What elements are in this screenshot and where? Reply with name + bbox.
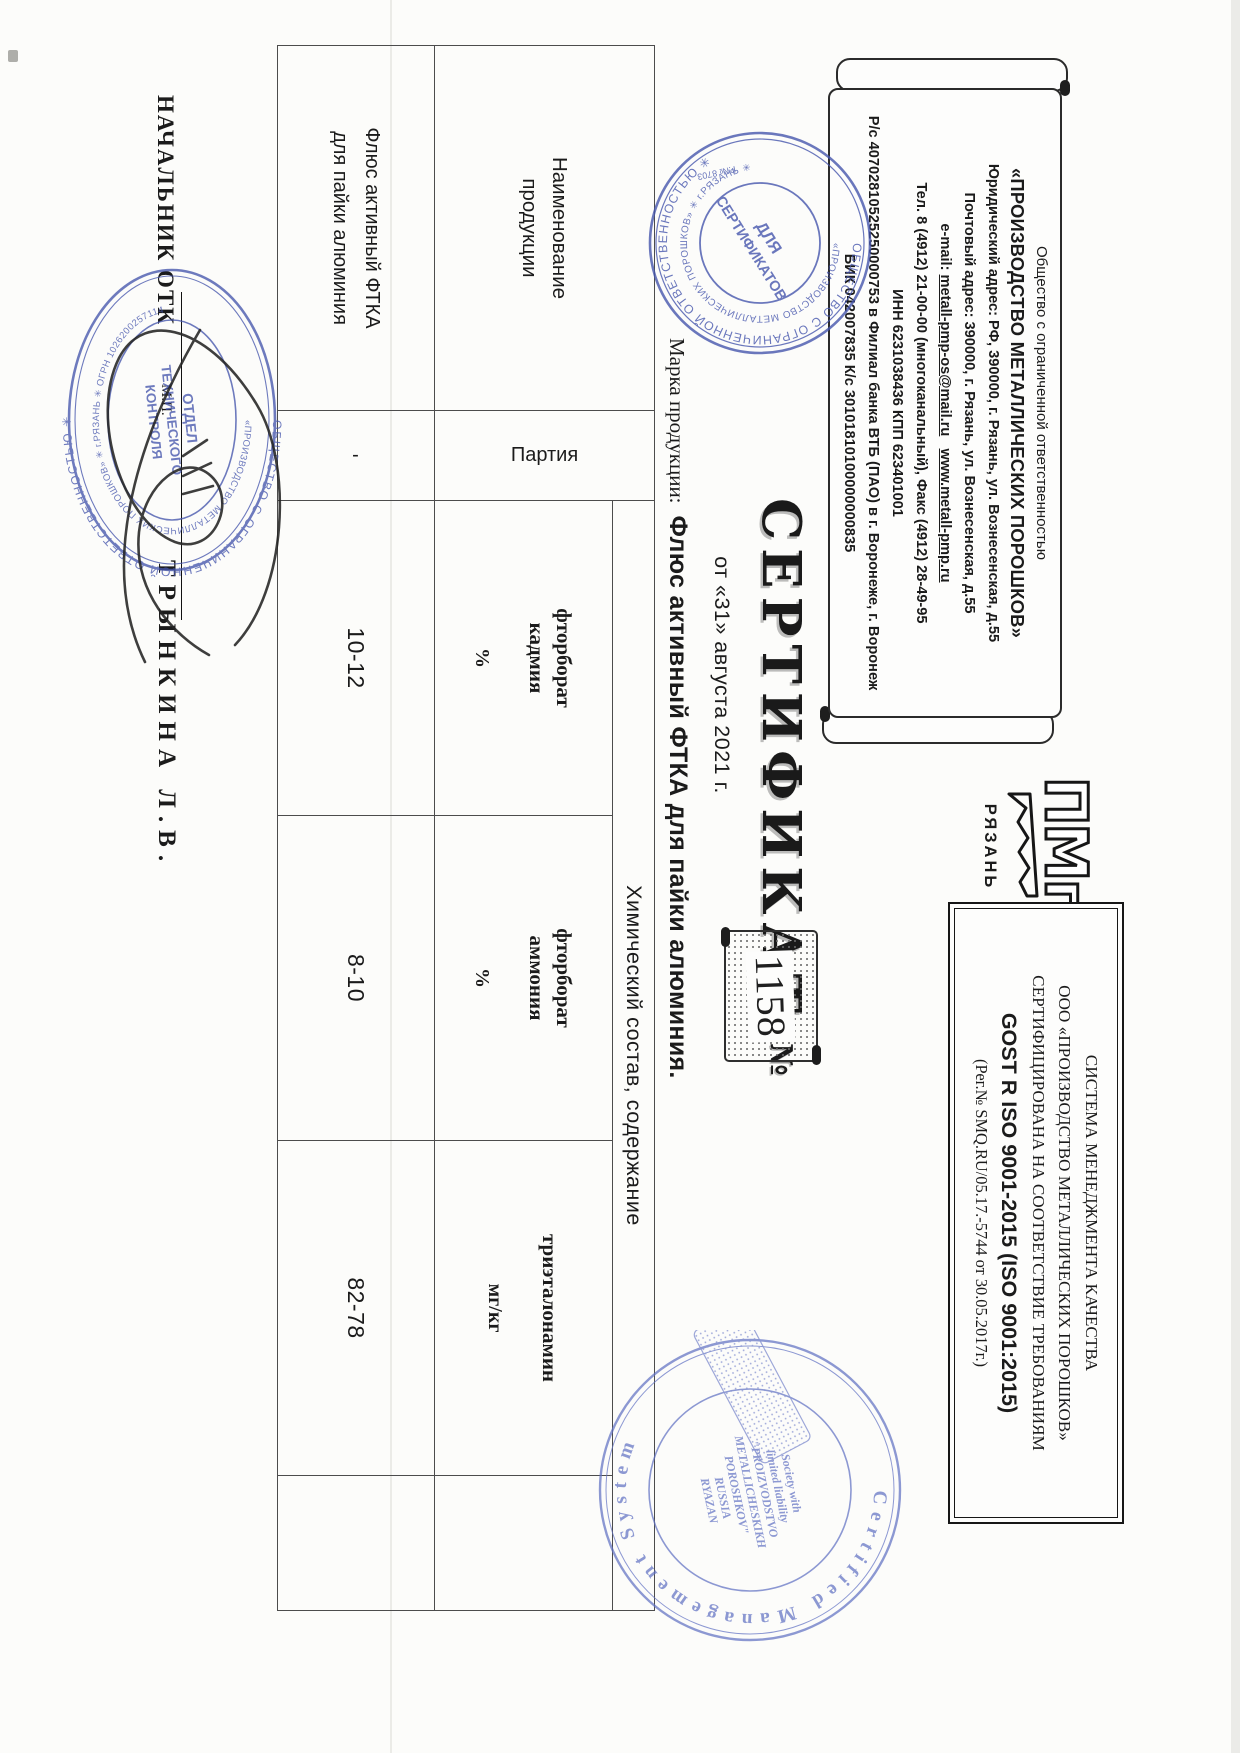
col-header-empty bbox=[435, 1476, 613, 1611]
pmp-flag-icon bbox=[1006, 788, 1040, 906]
cell-empty bbox=[278, 1476, 435, 1611]
website-url: www.metall-pmp.ru bbox=[937, 449, 953, 583]
col-header-triethanolamine: триэталонамин мг/кг bbox=[435, 1141, 613, 1476]
banner-scroll-curl-left bbox=[836, 58, 1068, 92]
scan-corner-mark bbox=[8, 50, 18, 62]
col-header-product: Наименование продукции bbox=[435, 46, 655, 411]
certificate-number-scroll: 1158 bbox=[724, 930, 818, 1062]
col-header-ammonium-fluoroborate: фторборат аммония % bbox=[435, 816, 613, 1141]
product-line: Марка продукции: Флюс активный ФТКА для … bbox=[663, 338, 692, 1079]
iso-line-system: СИСТЕМА МЕНЕДЖМЕНТА КАЧЕСТВА bbox=[1078, 909, 1105, 1517]
seal-line4: METALLICHESKIKH bbox=[731, 1433, 769, 1550]
cert-stamp-inner-ring-text: «ПРОИЗВОДСТВО МЕТАЛЛИЧЕСКИХ ПОРОШКОВ» ✳ … bbox=[679, 162, 841, 324]
pmp-logo: ПМп РЯЗАНЬ bbox=[947, 772, 1092, 922]
cell-ammonium-value: 8-10 bbox=[278, 816, 435, 1141]
cell-batch: - bbox=[278, 411, 435, 501]
org-name: «ПРОИЗВОДСТВО МЕТАЛЛИЧЕСКИХ ПОРОШКОВ» bbox=[1005, 100, 1029, 706]
handwritten-signature bbox=[70, 290, 295, 680]
svg-text:«ПРОИЗВОДСТВО МЕТАЛЛИЧЕСКИХ ПО: «ПРОИЗВОДСТВО МЕТАЛЛИЧЕСКИХ ПОРОШКОВ» ✳ … bbox=[679, 162, 841, 324]
legal-address: Юридический адрес: РФ, 390000, г. Рязань… bbox=[981, 100, 1005, 706]
cell-product-name: Флюс активный ФТКА для пайки алюминия bbox=[278, 46, 435, 411]
account-line: Р/с 40702810525250000753 в Филиал банка … bbox=[861, 100, 885, 706]
seal-line2: limited liability bbox=[763, 1448, 792, 1524]
pmp-logo-city: РЯЗАНЬ bbox=[980, 772, 999, 922]
email-address: metall-pmp-os@mail.ru bbox=[937, 275, 953, 437]
email-label: e-mail: bbox=[937, 223, 953, 270]
table-row: Флюс активный ФТКА для пайки алюминия - … bbox=[278, 46, 435, 1611]
email-line: e-mail: metall-pmp-os@mail.ru www.metall… bbox=[933, 100, 957, 706]
org-type: Общество с ограниченной ответственностью bbox=[1029, 100, 1053, 706]
scanned-certificate-page: Общество с ограниченной ответственностью… bbox=[0, 0, 1240, 1753]
iso-line-gost: GOST R ISO 9001-2015 (ISO 9001:2015) bbox=[995, 909, 1025, 1517]
iso-line-org: ООО «ПРОИЗВОДСТВО МЕТАЛЛИЧЕСКИХ ПОРОШКОВ… bbox=[1051, 909, 1078, 1517]
cert-stamp-center-line2: СЕРТИФИКАТОВ bbox=[712, 193, 789, 304]
scan-edge-artifact bbox=[1231, 0, 1240, 1753]
col-header-chem-group: Химический состав, содержание bbox=[613, 501, 655, 1611]
letterhead-banner: Общество с ограниченной ответственностью… bbox=[826, 58, 1064, 744]
seal-line1: Society with bbox=[778, 1453, 804, 1515]
spec-table: Наименование продукции Партия Химический… bbox=[277, 45, 655, 1611]
seal-line6: RUSSIA bbox=[712, 1474, 735, 1520]
col-header-cadmium-fluoroborate: фторборат кадмия % bbox=[435, 501, 613, 816]
product-label: Марка продукции: bbox=[664, 338, 689, 504]
iso-line-reg: (Рег.№ SMQ.RU/05.17.-5744 от 30.05.2017г… bbox=[968, 909, 995, 1517]
seal-line7: RYAZAN bbox=[697, 1476, 721, 1526]
letterhead-text: Общество с ограниченной ответственностью… bbox=[828, 88, 1062, 718]
spec-table-wrap: Наименование продукции Партия Химический… bbox=[277, 45, 655, 1611]
postal-address: Почтовый адрес: 390000, г. Рязань, ул. В… bbox=[957, 100, 981, 706]
inn-line: ИНН 6231038436 КПП 623401001 bbox=[885, 100, 909, 706]
cert-stamp-reg-number: Р.№ 8703 bbox=[696, 164, 736, 182]
col-header-batch: Партия bbox=[435, 411, 655, 501]
seal-ribbon bbox=[692, 1330, 812, 1465]
phone-line: Тел. 8 (4912) 21-00-00 (многоканальный),… bbox=[909, 100, 933, 706]
product-name: Флюс активный ФТКА для пайки алюминия. bbox=[663, 516, 692, 1079]
iso-certification-box: СИСТЕМА МЕНЕДЖМЕНТА КАЧЕСТВА ООО «ПРОИЗВ… bbox=[948, 902, 1124, 1524]
cell-cadmium-value: 10-12 bbox=[278, 501, 435, 816]
certificate-number: 1158 bbox=[746, 950, 796, 1042]
seal-line5: POROSHKOV" bbox=[722, 1454, 752, 1535]
bik-line: БИК 042007835 К/с 30101810100000000835 bbox=[837, 100, 861, 706]
seal-line3: "PROIZVODSTVO bbox=[747, 1439, 781, 1539]
cert-stamp-center-line1: ДЛЯ bbox=[752, 219, 785, 257]
iso-line-certified: СЕРТИФИЦИРОВАНА НА СООТВЕТСТВИЕ ТРЕБОВАН… bbox=[1025, 909, 1052, 1517]
cell-triethanolamine-value: 82-78 bbox=[278, 1141, 435, 1476]
certificate-date: от «31» августа 2021 г. bbox=[709, 545, 734, 805]
pmp-logo-text: ПМп bbox=[1040, 772, 1092, 922]
